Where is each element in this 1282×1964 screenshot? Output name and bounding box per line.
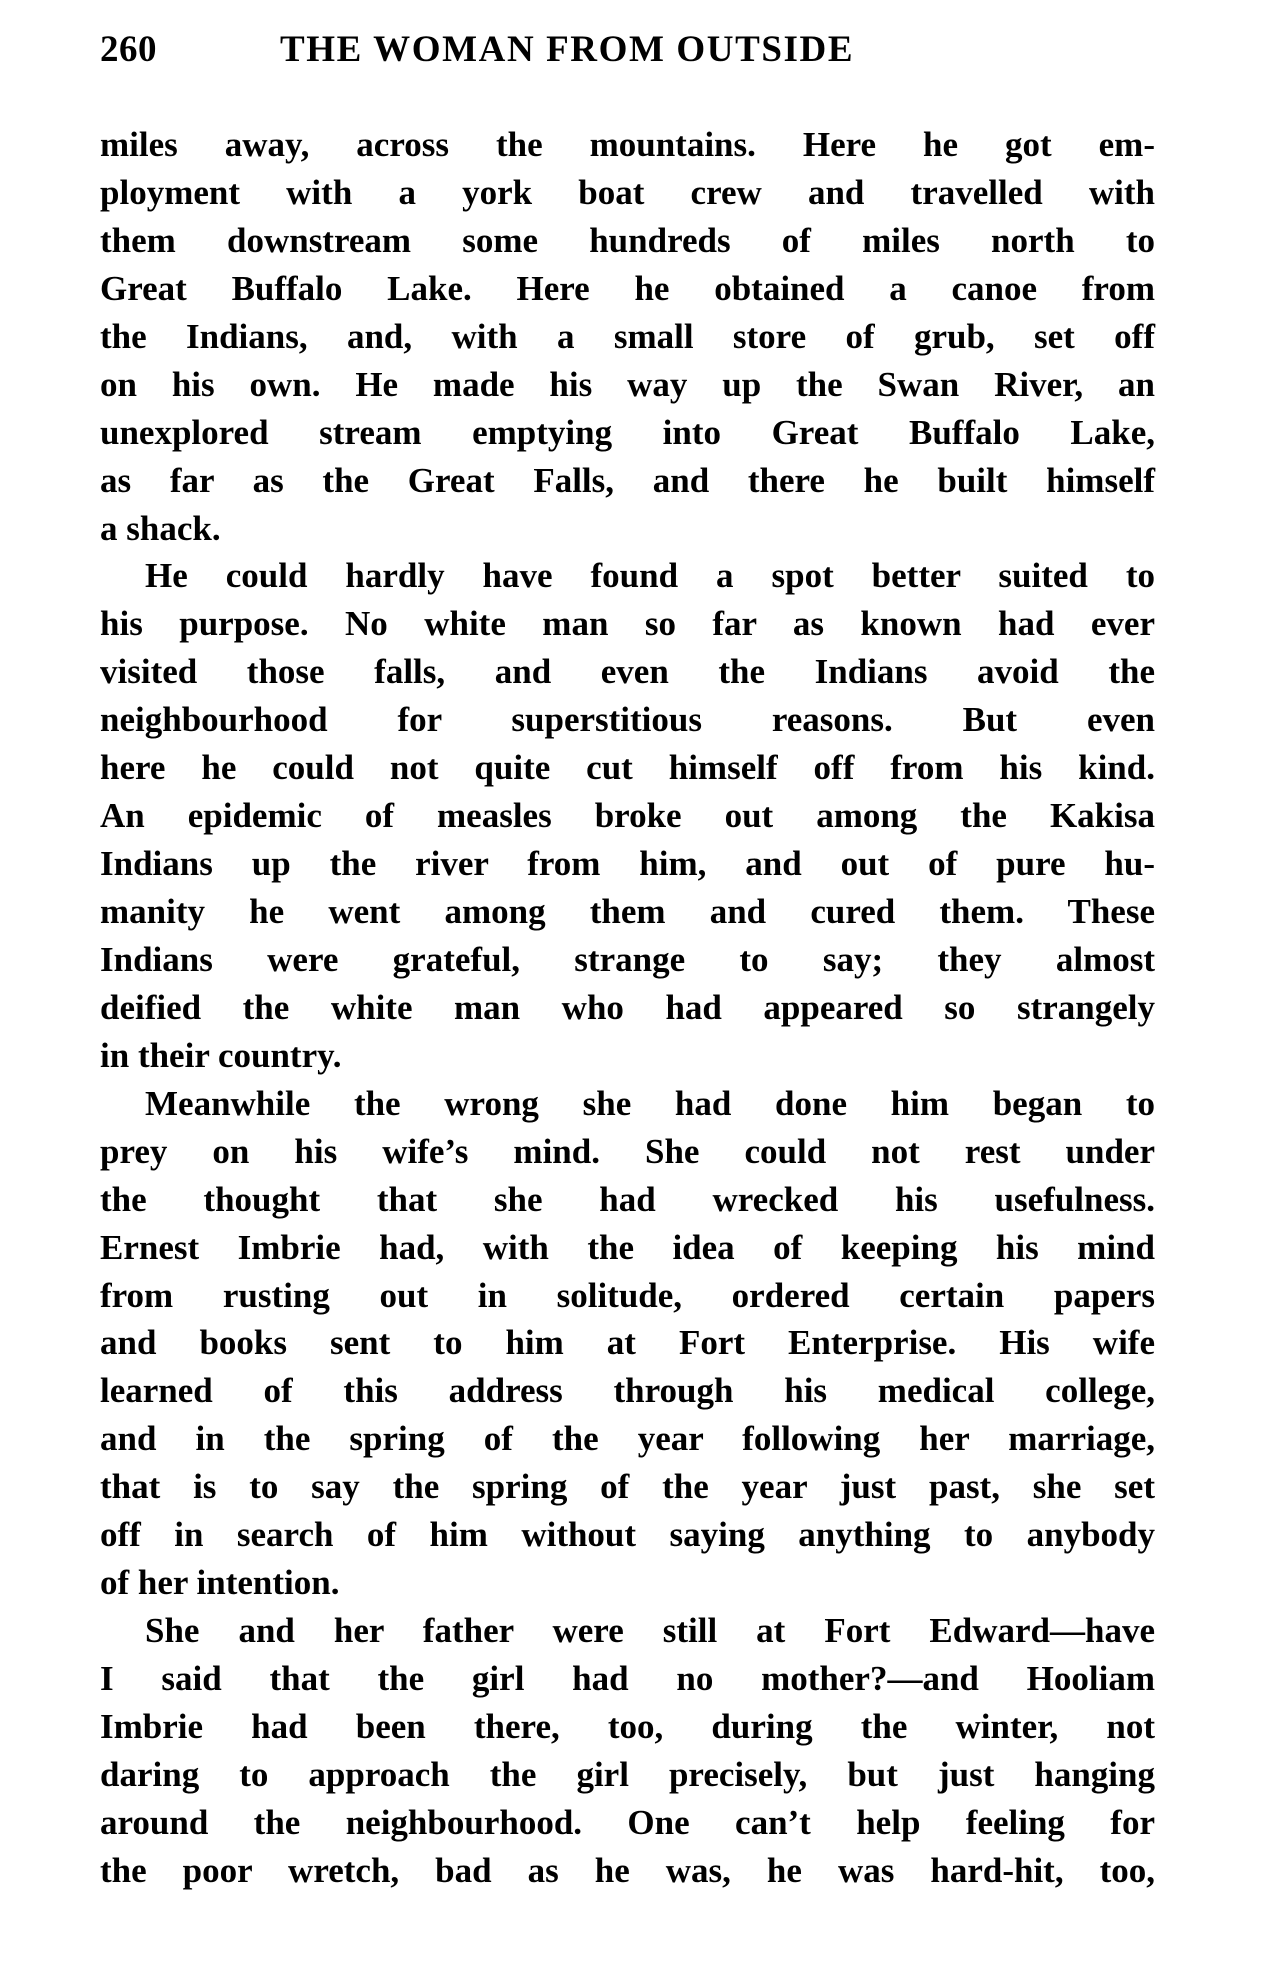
text-line: around the neighbourhood. One can’t help… — [100, 1799, 1155, 1847]
text-line: An epidemic of measles broke out among t… — [100, 792, 1155, 840]
text-line: his purpose. No white man so far as know… — [100, 600, 1155, 648]
page-number: 260 — [100, 28, 157, 72]
text-line: unexplored stream emptying into Great Bu… — [100, 409, 1155, 457]
text-line: Indians up the river from him, and out o… — [100, 840, 1155, 888]
text-line: learned of this address through his medi… — [100, 1367, 1155, 1415]
text-line: He could hardly have found a spot better… — [100, 552, 1155, 600]
text-line: Imbrie had been there, too, during the w… — [100, 1703, 1155, 1751]
text-line: of her intention. — [100, 1559, 1155, 1607]
paragraph-4: She and her father were still at Fort Ed… — [100, 1607, 1155, 1895]
text-line: a shack. — [100, 505, 1155, 553]
paragraph-3: Meanwhile the wrong she had done him beg… — [100, 1080, 1155, 1607]
text-line: and in the spring of the year following … — [100, 1415, 1155, 1463]
text-line: neighbourhood for superstitious reasons.… — [100, 696, 1155, 744]
text-line: deified the white man who had appeared s… — [100, 984, 1155, 1032]
body-text: miles away, across the mountains. Here h… — [100, 121, 1155, 1895]
text-line: in their country. — [100, 1032, 1155, 1080]
text-line: Indians were grateful, strange to say; t… — [100, 936, 1155, 984]
text-line: Ernest Imbrie had, with the idea of keep… — [100, 1224, 1155, 1272]
text-line: on his own. He made his way up the Swan … — [100, 361, 1155, 409]
running-title: THE WOMAN FROM OUTSIDE — [280, 28, 973, 72]
text-line: the poor wretch, bad as he was, he was h… — [100, 1847, 1155, 1895]
text-line: I said that the girl had no mother?—and … — [100, 1655, 1155, 1703]
text-line: She and her father were still at Fort Ed… — [100, 1607, 1155, 1655]
text-line: miles away, across the mountains. Here h… — [100, 121, 1155, 169]
text-line: as far as the Great Falls, and there he … — [100, 457, 1155, 505]
paragraph-2: He could hardly have found a spot better… — [100, 552, 1155, 1079]
text-line: off in search of him without saying anyt… — [100, 1511, 1155, 1559]
text-line: them downstream some hundreds of miles n… — [100, 217, 1155, 265]
text-line: prey on his wife’s mind. She could not r… — [100, 1128, 1155, 1176]
running-head: 260 THE WOMAN FROM OUTSIDE — [100, 28, 1000, 72]
text-line: the thought that she had wrecked his use… — [100, 1176, 1155, 1224]
text-line: ployment with a york boat crew and trave… — [100, 169, 1155, 217]
text-line: visited those falls, and even the Indian… — [100, 648, 1155, 696]
text-line: manity he went among them and cured them… — [100, 888, 1155, 936]
paragraph-1: miles away, across the mountains. Here h… — [100, 121, 1155, 552]
text-line: here he could not quite cut himself off … — [100, 744, 1155, 792]
text-line: daring to approach the girl precisely, b… — [100, 1751, 1155, 1799]
text-line: from rusting out in solitude, ordered ce… — [100, 1272, 1155, 1320]
text-line: and books sent to him at Fort Enterprise… — [100, 1319, 1155, 1367]
text-line: the Indians, and, with a small store of … — [100, 313, 1155, 361]
text-line: that is to say the spring of the year ju… — [100, 1463, 1155, 1511]
text-line: Meanwhile the wrong she had done him beg… — [100, 1080, 1155, 1128]
text-line: Great Buffalo Lake. Here he obtained a c… — [100, 265, 1155, 313]
